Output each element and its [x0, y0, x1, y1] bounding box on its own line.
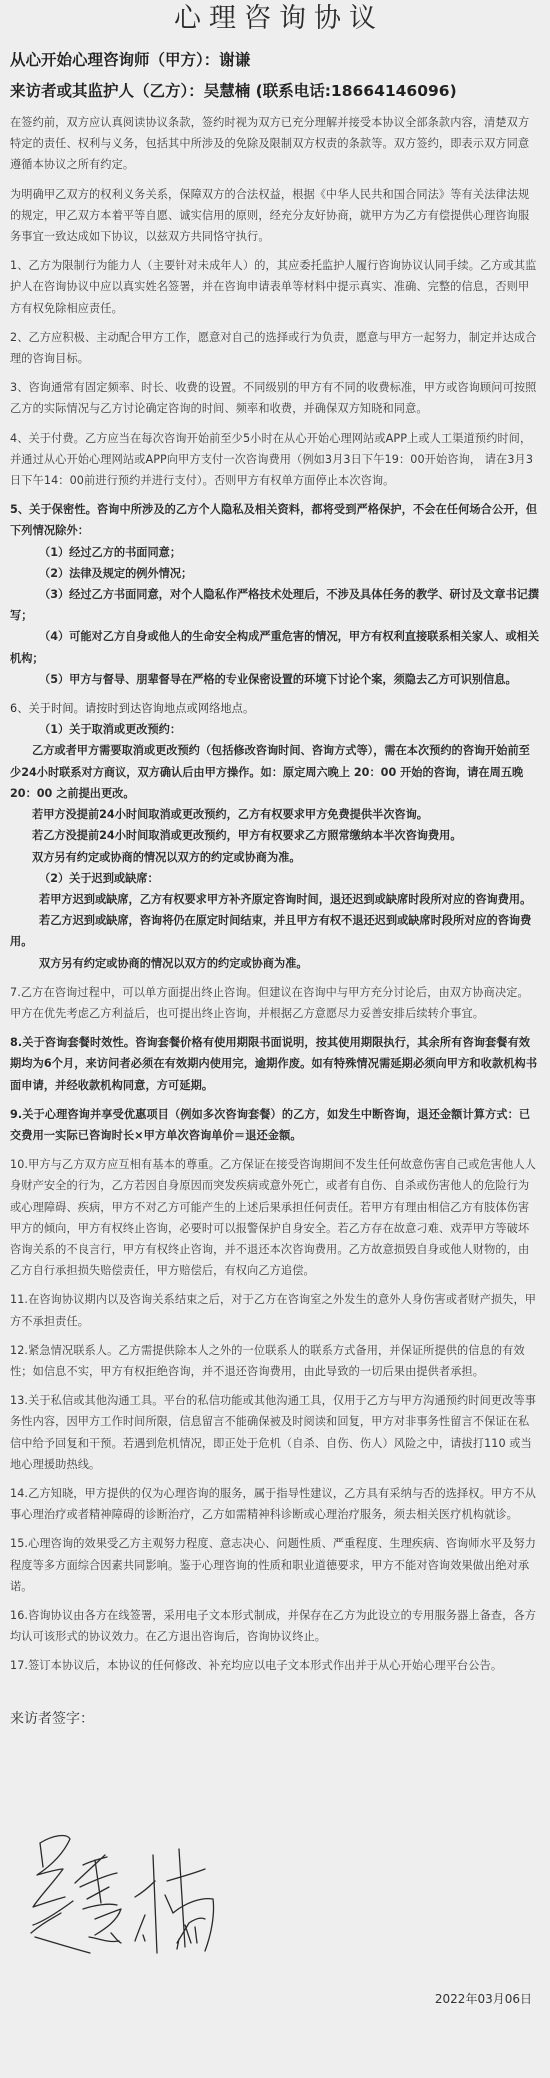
clause-6-sub1-title: （1）关于取消或更改预约：	[10, 719, 540, 740]
clause-6-sub2-line: 若乙方迟到或缺席，咨询将仍在原定时间结束，并且甲方有权不退还迟到或缺席时段所对应…	[10, 910, 540, 952]
clause-5-confidentiality: 5、关于保密性。咨询中所涉及的乙方个人隐私及相关资料，都将受到严格保护，不会在任…	[10, 499, 540, 690]
clause-5-item: （1）经过乙方的书面同意；	[10, 542, 540, 563]
clause-12: 12.紧急情况联系人。乙方需提供除本人之外的一位联系人的联系方式备用，并保证所提…	[10, 1340, 540, 1382]
clause-2: 2、乙方应积极、主动配合甲方工作，愿意对自己的选择或行为负责，愿意与甲方一起努力…	[10, 327, 540, 369]
clause-5-item: （4）可能对乙方自身或他人的生命安全构成严重危害的情况，甲方有权利直接联系相关家…	[10, 626, 540, 668]
clause-5-item: （3）经过乙方书面同意，对个人隐私作严格技术处理后，不涉及具体任务的教学、研讨及…	[10, 584, 540, 626]
signing-date: 2022年03月06日	[435, 1990, 532, 2007]
signature-label: 来访者签字：	[10, 1709, 540, 1729]
clause-16: 16.咨询协议由各方在线签署，采用电子文本形式制成，并保存在乙方为此设立的专用服…	[10, 1605, 540, 1647]
clause-6-sub1-line: 若甲方没提前24小时间取消或更改预约，乙方有权要求甲方免费提供半次咨询。	[10, 804, 540, 825]
clause-8: 8.关于咨询套餐时效性。咨询套餐价格有使用期限书面说明，按其使用期限执行，其余所…	[10, 1032, 540, 1096]
clause-6-sub2-line: 若甲方迟到或缺席，乙方有权要求甲方补齐原定咨询时间，退还迟到或缺席时段所对应的咨…	[10, 889, 540, 910]
party-a-line: 从心开始心理咨询师（甲方）：谢谦	[10, 50, 540, 71]
clause-10: 10.甲方与乙方双方应互相有基本的尊重。乙方保证在接受咨询期间不发生任何故意伤害…	[10, 1154, 540, 1281]
clause-6-sub1-line: 乙方或者甲方需要取消或更改预约（包括修改咨询时间、咨询方式等），需在本次预约的咨…	[10, 740, 540, 804]
document-title: 心理咨询协议	[10, 0, 540, 40]
clause-13: 13.关于私信或其他沟通工具。平台的私信功能或其他沟通工具，仅用于乙方与甲方沟通…	[10, 1390, 540, 1475]
clause-5-heading: 5、关于保密性。咨询中所涉及的乙方个人隐私及相关资料，都将受到严格保护，不会在任…	[10, 499, 540, 541]
clause-17: 17.签订本协议后，本协议的任何修改、补充均应以电子文本形式作出并于从心开始心理…	[10, 1655, 540, 1676]
intro-paragraph-1: 在签约前，双方应认真阅读协议条款，签约时视为双方已充分理解并接受本协议全部条款内…	[10, 112, 540, 176]
handwritten-signature-image	[25, 1825, 285, 1970]
party-b-line: 来访者或其监护人（乙方）：吴慧楠 (联系电话:18664146096)	[10, 81, 540, 102]
clause-1: 1、乙方为限制行为能力人（主要针对未成年人）的，其应委托监护人履行咨询协议认同手…	[10, 255, 540, 319]
clause-14: 14.乙方知晓，甲方提供的仅为心理咨询的服务，属于指导性建议，乙方具有采纳与否的…	[10, 1483, 540, 1525]
clause-7: 7.乙方在咨询过程中，可以单方面提出终止咨询。但建议在咨询中与甲方充分讨论后，由…	[10, 982, 540, 1024]
clause-6-sub1-line: 若乙方没提前24小时间取消或更改预约，甲方有权要求乙方照常缴纳本半次咨询费用。	[10, 825, 540, 846]
clause-6-heading: 6、关于时间。请按时到达咨询地点或网络地点。	[10, 698, 540, 719]
clause-6-sub1-line: 双方另有约定或协商的情况以双方的约定或协商为准。	[10, 847, 540, 868]
clause-11: 11.在咨询协议期内以及咨询关系结束之后，对于乙方在咨询室之外发生的意外人身伤害…	[10, 1289, 540, 1331]
clause-15: 15.心理咨询的效果受乙方主观努力程度、意志决心、问题性质、严重程度、生理疾病、…	[10, 1533, 540, 1597]
clause-6-sub2-line: 双方另有约定或协商的情况以双方的约定或协商为准。	[10, 953, 540, 974]
clause-6-sub2-title: （2）关于迟到或缺席：	[10, 868, 540, 889]
clause-3: 3、咨询通常有固定频率、时长、收费的设置。不同级别的甲方有不同的收费标准，甲方或…	[10, 377, 540, 419]
clause-4: 4、关于付费。乙方应当在每次咨询开始前至少5小时在从心开始心理网站或APP上或人…	[10, 428, 540, 492]
agreement-document: 心理咨询协议 从心开始心理咨询师（甲方）：谢谦 来访者或其监护人（乙方）：吴慧楠…	[0, 0, 550, 1729]
intro-paragraph-2: 为明确甲乙双方的权利义务关系，保障双方的合法权益，根据《中华人民共和国合同法》等…	[10, 184, 540, 248]
clause-6-time: 6、关于时间。请按时到达咨询地点或网络地点。 （1）关于取消或更改预约： 乙方或…	[10, 698, 540, 974]
clause-5-item: （5）甲方与督导、朋辈督导在严格的专业保密设置的环境下讨论个案，须隐去乙方可识别…	[10, 669, 540, 690]
clause-5-item: （2）法律及规定的例外情况；	[10, 563, 540, 584]
clause-9: 9.关于心理咨询并享受优惠项目（例如多次咨询套餐）的乙方，如发生中断咨询，退还金…	[10, 1104, 540, 1146]
